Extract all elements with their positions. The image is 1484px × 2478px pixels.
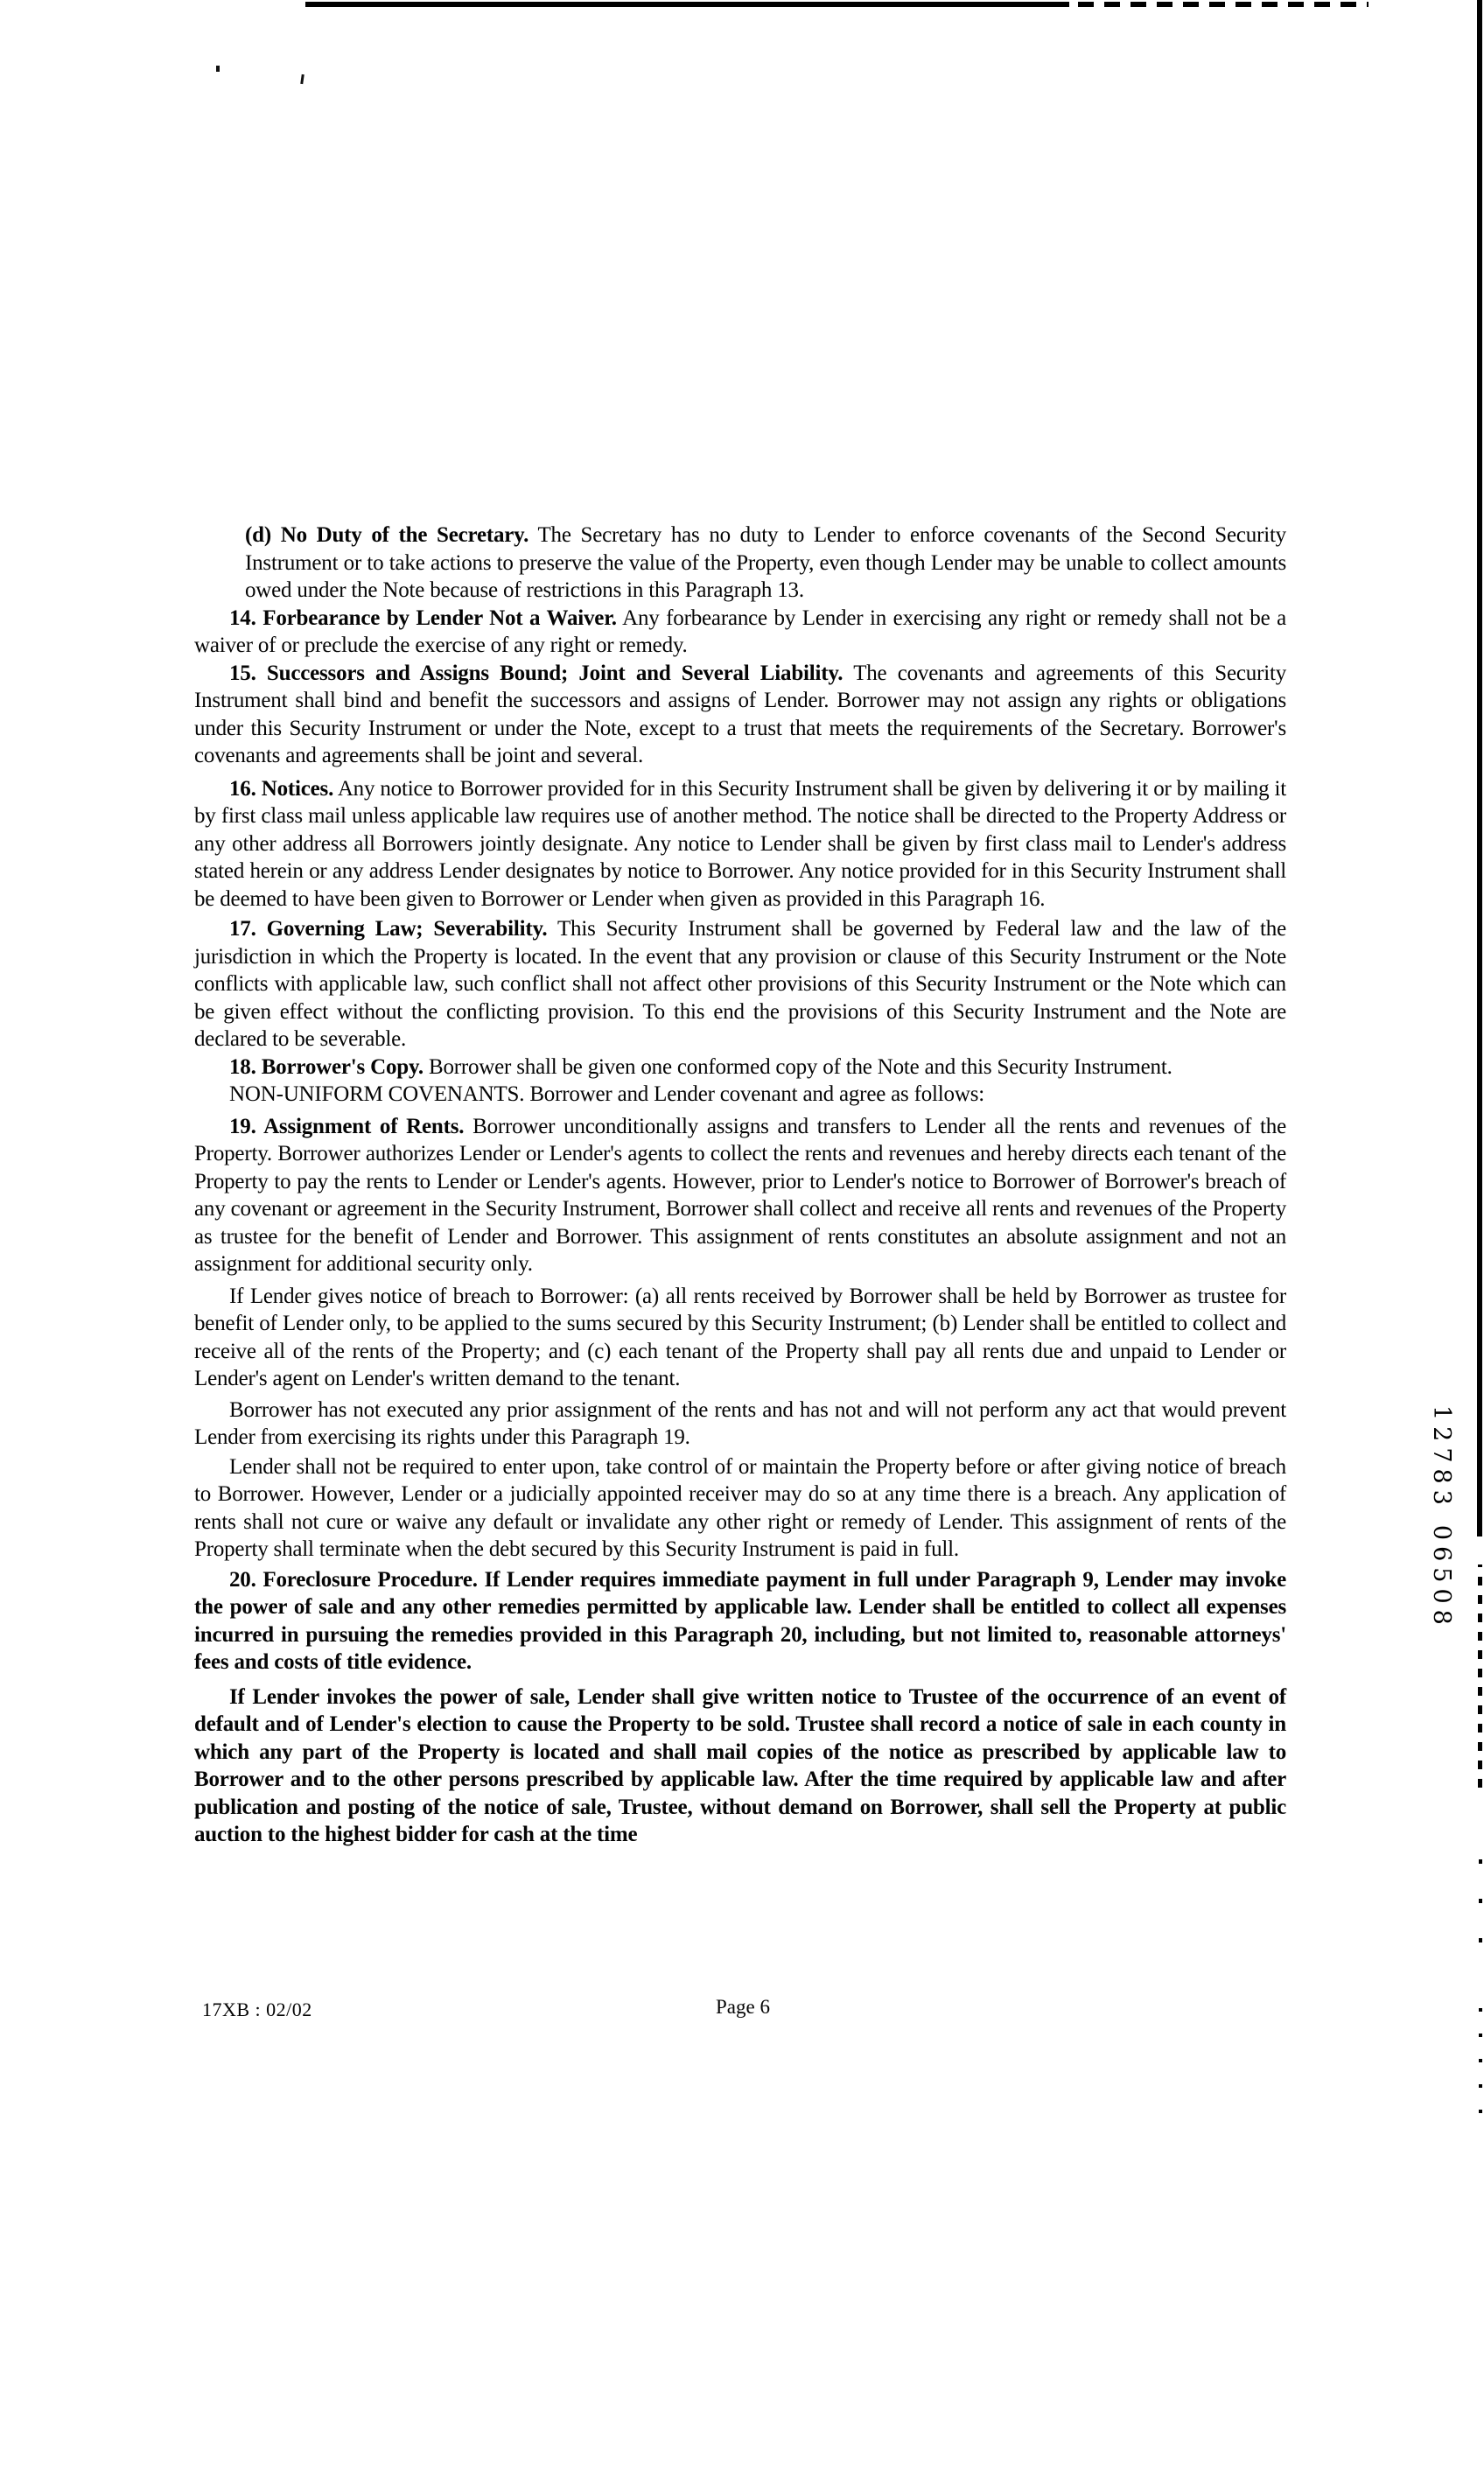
stray-mark-1	[216, 66, 220, 72]
right-edge-sparse-dashes	[1479, 1846, 1482, 1942]
paragraph-heading: 19. Assignment of Rents.	[229, 1115, 464, 1138]
paragraph-heading: 14. Forbearance by Lender Not a Waiver.	[229, 606, 617, 630]
paragraph: If Lender gives notice of breach to Borr…	[194, 1283, 1286, 1393]
paragraph: Lender shall not be required to enter up…	[194, 1453, 1286, 1564]
paragraph: If Lender invokes the power of sale, Len…	[194, 1683, 1286, 1849]
paragraph: 15. Successors and Assigns Bound; Joint …	[194, 660, 1286, 770]
paragraph-text: Borrower shall be given one conformed co…	[429, 1055, 1172, 1079]
paragraph-text: Borrower unconditionally assigns and tra…	[194, 1115, 1286, 1277]
paragraph: 18. Borrower's Copy. Borrower shall be g…	[194, 1053, 1286, 1081]
paragraph: 20. Foreclosure Procedure. If Lender req…	[194, 1566, 1286, 1676]
paragraph-text: If Lender gives notice of breach to Borr…	[194, 1284, 1286, 1391]
scanned-document-page: { "document": { "paragraphs": [ {"style"…	[0, 0, 1484, 2478]
paragraph: NON-UNIFORM COVENANTS. Borrower and Lend…	[194, 1081, 1286, 1109]
top-edge-line	[305, 2, 1069, 7]
paragraph-text: Any notice to Borrower provided for in t…	[194, 777, 1286, 911]
recording-stamp: 1278306508	[1428, 1405, 1455, 1631]
paragraph: 14. Forbearance by Lender Not a Waiver. …	[194, 605, 1286, 660]
paragraph-heading: 16. Notices.	[229, 777, 333, 801]
paragraph-heading: 15. Successors and Assigns Bound; Joint …	[229, 661, 843, 685]
top-edge-dashes	[1078, 2, 1368, 7]
paragraph: 19. Assignment of Rents. Borrower uncond…	[194, 1113, 1286, 1278]
footer-page-number: Page 6	[716, 1996, 770, 2019]
stray-mark-2	[300, 74, 304, 84]
paragraph: 17. Governing Law; Severability. This Se…	[194, 915, 1286, 1053]
paragraph-text: If Lender invokes the power of sale, Len…	[194, 1685, 1286, 1847]
paragraph-heading: (d) No Duty of the Secretary.	[245, 523, 528, 547]
paragraph: (d) No Duty of the Secretary. The Secret…	[245, 521, 1286, 605]
paragraph: 16. Notices. Any notice to Borrower prov…	[194, 775, 1286, 913]
paragraph: Borrower has not executed any prior assi…	[194, 1396, 1286, 1452]
paragraph-text: Borrower has not executed any prior assi…	[194, 1398, 1286, 1450]
stamp-number-2: 06508	[1428, 1525, 1455, 1631]
paragraph-heading: 20. Foreclosure Procedure.	[229, 1568, 478, 1592]
right-edge-dots	[1479, 2004, 1482, 2113]
footer-form-code: 17XB : 02/02	[202, 1998, 312, 2021]
right-edge-line	[1477, 0, 1482, 1536]
paragraph-heading: 18. Borrower's Copy.	[229, 1055, 423, 1079]
stamp-number-1: 12783	[1428, 1405, 1455, 1511]
paragraph-text: NON-UNIFORM COVENANTS. Borrower and Lend…	[229, 1082, 984, 1106]
paragraph-heading: 17. Governing Law; Severability.	[229, 917, 547, 941]
right-edge-dashed-line	[1478, 1564, 1482, 1788]
paragraph-text: Lender shall not be required to enter up…	[194, 1455, 1286, 1562]
document-body: (d) No Duty of the Secretary. The Secret…	[194, 521, 1286, 1849]
